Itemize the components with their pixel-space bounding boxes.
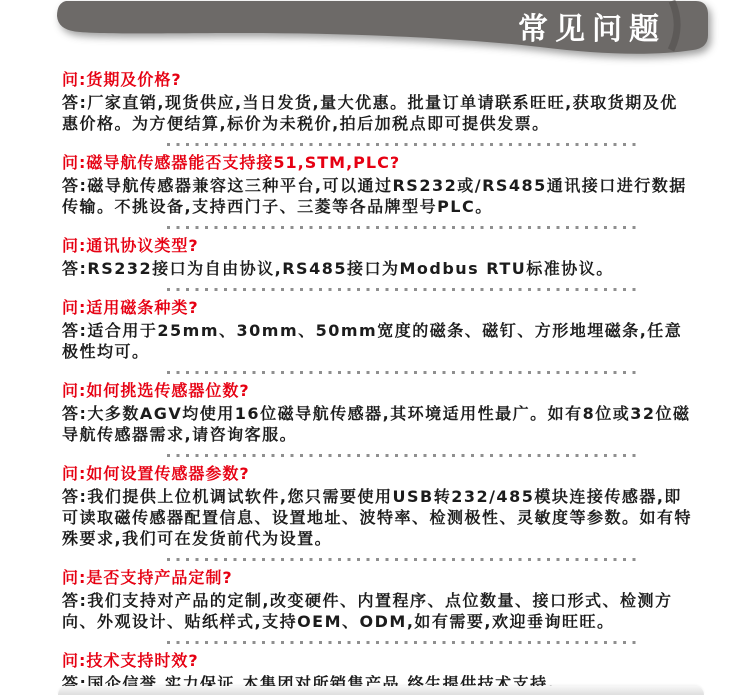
dotted-divider [167, 226, 638, 229]
banner-ribbon-shape: 常见问题 [0, 0, 749, 62]
faq-answer: 答:大多数AGV均使用16位磁导航传感器,其环境适用性最广。如有8位或32位磁导… [62, 403, 693, 445]
faq-question: 问:如何挑选传感器位数? [62, 381, 693, 401]
faq-item: 问:货期及价格? 答:厂家直销,现货供应,当日发货,量大优惠。批量订单请联系旺旺… [62, 70, 693, 146]
next-card-top-edge [58, 686, 704, 695]
faq-answer: 答:厂家直销,现货供应,当日发货,量大优惠。批量订单请联系旺旺,获取货期及优惠价… [62, 92, 693, 134]
dotted-divider [167, 641, 638, 644]
faq-answer: 答:我们提供上位机调试软件,您只需要使用USB转232/485模块连接传感器,即… [62, 486, 693, 549]
dotted-divider [167, 454, 638, 457]
faq-answer: 答:磁导航传感器兼容这三种平台,可以通过RS232或/RS485通讯接口进行数据… [62, 175, 693, 217]
faq-question: 问:适用磁条种类? [62, 298, 693, 318]
faq-answer: 答:RS232接口为自由协议,RS485接口为Modbus RTU标准协议。 [62, 258, 693, 279]
faq-item: 问:磁导航传感器能否支持接51,STM,PLC? 答:磁导航传感器兼容这三种平台… [62, 153, 693, 229]
page-title: 常见问题 [518, 12, 666, 47]
faq-question: 问:是否支持产品定制? [62, 568, 693, 588]
faq-answer: 答:我们支持对产品的定制,改变硬件、内置程序、点位数量、接口形式、检测方向、外观… [62, 590, 693, 632]
faq-list: 问:货期及价格? 答:厂家直销,现货供应,当日发货,量大优惠。批量订单请联系旺旺… [0, 62, 749, 694]
dotted-divider [167, 143, 638, 146]
faq-question: 问:技术支持时效? [62, 651, 693, 671]
faq-page: 常见问题 问:货期及价格? 答:厂家直销,现货供应,当日发货,量大优惠。批量订单… [0, 0, 749, 695]
faq-question: 问:如何设置传感器参数? [62, 464, 693, 484]
faq-item: 问:通讯协议类型? 答:RS232接口为自由协议,RS485接口为Modbus … [62, 236, 693, 291]
faq-item: 问:适用磁条种类? 答:适合用于25mm、30mm、50mm宽度的磁条、磁钉、方… [62, 298, 693, 374]
dotted-divider [167, 558, 638, 561]
faq-question: 问:磁导航传感器能否支持接51,STM,PLC? [62, 153, 693, 173]
dotted-divider [167, 288, 638, 291]
faq-item: 问:如何设置传感器参数? 答:我们提供上位机调试软件,您只需要使用USB转232… [62, 464, 693, 561]
faq-item: 问:是否支持产品定制? 答:我们支持对产品的定制,改变硬件、内置程序、点位数量、… [62, 568, 693, 644]
faq-item: 问:如何挑选传感器位数? 答:大多数AGV均使用16位磁导航传感器,其环境适用性… [62, 381, 693, 457]
faq-question: 问:通讯协议类型? [62, 236, 693, 256]
dotted-divider [167, 371, 638, 374]
faq-question: 问:货期及价格? [62, 70, 693, 90]
header-banner: 常见问题 [0, 0, 749, 62]
faq-answer: 答:适合用于25mm、30mm、50mm宽度的磁条、磁钉、方形地埋磁条,任意极性… [62, 320, 693, 362]
